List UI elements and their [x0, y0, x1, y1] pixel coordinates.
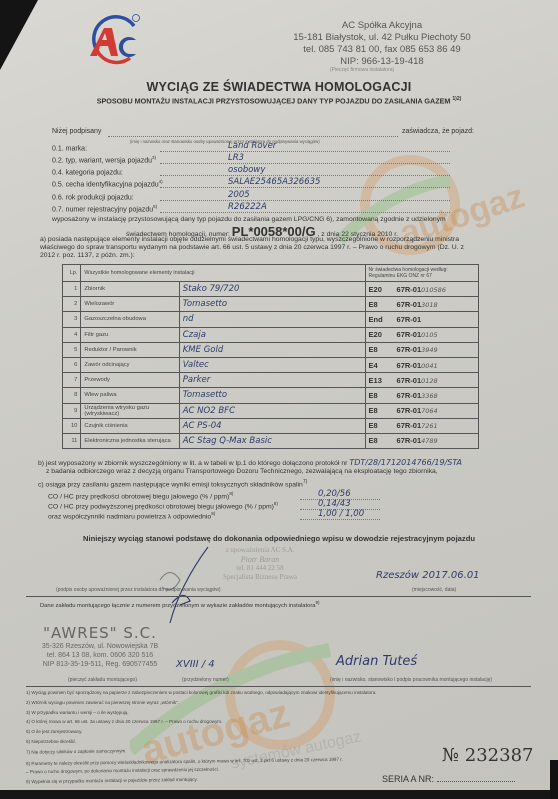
table-row: 2WielozawórTomasettoE867R-013018: [63, 297, 479, 312]
row-cert: E2067R-01010586: [365, 282, 478, 297]
row-lp: 9: [63, 403, 81, 418]
vehicle-field-label: 0.5. cecha identyfikacyjna pojazdu4): [52, 179, 163, 188]
field-ref: 3): [152, 155, 156, 160]
table-row: 11Elektroniczna jednostka sterującaAC St…: [63, 433, 479, 448]
row-cert-prefix: 67R-01: [397, 436, 422, 445]
vehicle-field-value: osobowy: [228, 165, 265, 175]
row-lp: 2: [63, 297, 81, 312]
vehicle-field-label: 0.2. typ, wariant, wersja pojazdu3): [52, 155, 156, 164]
row-element-brand: Valtec: [179, 357, 365, 372]
emission-row: CO / HC przy podwyższonej prędkości obro…: [48, 501, 278, 510]
row-element-brand: Tomasetto: [179, 297, 365, 312]
installer-stamp-caption: (Pieczęć firmowa instalatora): [330, 67, 394, 73]
field-dotted-line: [160, 163, 450, 164]
row-element-brand: AC PS-04: [179, 418, 365, 433]
row-cert: E867R-013949: [365, 342, 478, 357]
row-cert-e: E8: [369, 345, 397, 354]
header-elements: Wszystkie homologowane elementy instalac…: [81, 265, 365, 282]
signed-caption: (imię i nazwisko oraz stanowisko osoby u…: [130, 139, 320, 144]
row-lp: 11: [63, 433, 81, 448]
table-row: 6Zawór odcinającyValtecE467R-010041: [63, 357, 479, 372]
row-cert-prefix: 67R-01: [397, 345, 422, 354]
row-cert-e: E8: [369, 436, 397, 445]
footnote: 2) Wtórnik wyciągu powinien zawierać na …: [26, 700, 179, 705]
photo-background-right: [550, 760, 558, 799]
row-element-name: Wielozawór: [81, 297, 179, 312]
divider-1: [26, 596, 531, 597]
row-cert-prefix: 67R-01: [397, 330, 422, 339]
elements-table: Lp. Wszystkie homologowane elementy inst…: [62, 264, 479, 449]
footnote: – Prawo o ruchu drogowym, po dokonaniu m…: [26, 767, 219, 775]
installer-heading-ref: 9): [315, 600, 319, 605]
authorization-stamp: z upoważnienia AC S.A. Piotr Baran tel. …: [205, 546, 315, 582]
footnote: 9) Wypełnia się w przypadku montażu inst…: [26, 777, 198, 784]
vehicle-field-value: LR3: [228, 153, 244, 163]
field-ref: 5): [153, 204, 157, 209]
row-cert-hand: 7064: [421, 407, 438, 415]
row-cert: E867R-013368: [365, 388, 478, 403]
vehicle-field-label: 0.6. rok produkcji pojazdu:: [52, 192, 134, 201]
row-cert-prefix: 67R-01: [397, 300, 422, 309]
table-row: 5Reduktor / ParownikKME GoldE867R-013949: [63, 342, 479, 357]
installer-stamp-addr2: tel. 864 13 08, kom. 0606 320 516: [40, 651, 160, 660]
installer-number: XVIII / 4: [176, 659, 215, 670]
stamp-line-4: Specjalista Biznesu Prawa: [205, 573, 315, 582]
section-b-line2: z badania odbiorczego wraz z decyzją org…: [38, 468, 438, 475]
field-dotted-line: [160, 151, 450, 152]
footnote: 7) Nie dotyczy silników o zapłonie samoc…: [26, 748, 127, 754]
emission-value: 0,14/43: [318, 499, 351, 509]
company-address: 15-181 Białystok, ul. 42 Pułku Piechoty …: [282, 32, 482, 44]
vehicle-field-value: 2005: [228, 190, 250, 200]
company-phone: tel. 085 743 81 00, fax 085 653 86 49: [282, 44, 482, 56]
seria-label: SERIA A NR:: [382, 774, 515, 784]
row-cert-hand: 4789: [421, 437, 438, 445]
row-lp: 4: [63, 327, 81, 342]
emission-ref: 8): [274, 501, 278, 506]
row-lp: 7: [63, 373, 81, 388]
row-cert: E467R-010041: [365, 357, 478, 372]
field-dotted-line: [160, 200, 450, 201]
row-cert-e: E13: [369, 376, 397, 385]
row-lp: 6: [63, 357, 81, 372]
section-c-ref: 7): [303, 479, 307, 485]
basis-statement: Niniejszy wyciąg stanowi podstawę do dok…: [0, 534, 558, 543]
protocol-number: TDT/28/1712014766/19/STA: [349, 458, 462, 467]
field-label-text: 0.5. cecha identyfikacyjna pojazdu: [52, 181, 159, 188]
photo-background-corner: [0, 0, 38, 70]
field-label-text: 0.1. marka:: [52, 145, 87, 152]
installer-stamp-name: "AWRES" S.C.: [40, 624, 160, 642]
stamp-line-3: tel. 81 444 22 58: [205, 564, 315, 573]
row-element-brand: nd: [179, 312, 365, 327]
signed-label: Niżej podpisany: [52, 128, 101, 135]
row-element-brand: Parker: [179, 373, 365, 388]
emission-value: 0,20/56: [318, 489, 351, 499]
row-cert-prefix: 67R-01: [397, 376, 422, 385]
row-element-brand: AC Stag Q-Max Basic: [179, 433, 365, 448]
row-cert: End67R-01: [365, 312, 478, 327]
row-cert-hand: 3949: [421, 346, 438, 354]
field-label-text: 0.4. kategoria pojazdu:: [52, 169, 123, 176]
equipped-text: wyposażony w instalację przystosowującą …: [52, 216, 446, 223]
row-element-name: Przewody: [81, 373, 179, 388]
row-element-name: Filtr gazu: [81, 327, 179, 342]
emission-label: CO / HC przy podwyższonej prędkości obro…: [48, 503, 274, 510]
emission-ref: 8): [211, 511, 215, 516]
row-element-brand: AC NO2 BFC: [179, 403, 365, 418]
field-dotted-line: [160, 175, 450, 176]
row-cert-hand: 0041: [421, 362, 438, 370]
table-header-row: Lp. Wszystkie homologowane elementy inst…: [63, 265, 479, 282]
emission-dotted-line: [300, 519, 380, 520]
field-label-text: 0.2. typ, wariant, wersja pojazdu: [52, 157, 152, 164]
photo-background-bottom: [0, 790, 558, 799]
field-label-text: 0.6. rok produkcji pojazdu:: [52, 194, 134, 201]
row-element-name: Reduktor / Parownik: [81, 342, 179, 357]
seria-number-line: [437, 781, 515, 782]
worker-signature: Adrian Tuteś: [336, 654, 417, 669]
row-cert-hand: 3368: [421, 392, 438, 400]
section-a-text: a) posiada następujące elementy instalac…: [40, 236, 480, 260]
divider-2: [26, 686, 531, 687]
table-row: 10Czujnik ciśnieniaAC PS-04E867R-017261: [63, 418, 479, 433]
row-element-name: Elektroniczna jednostka sterująca: [81, 433, 179, 448]
row-lp: 3: [63, 312, 81, 327]
worker-caption: (imię i nazwisko, stanowisko i podpis pr…: [330, 677, 492, 683]
section-b: b) jest wyposażony w zbiornik wyszczegól…: [38, 459, 462, 476]
watermark-subtext-bottom: systemów autogaz: [230, 728, 363, 773]
section-b-line1: b) jest wyposażony w zbiornik wyszczegól…: [38, 460, 347, 467]
emission-ref: 8): [229, 491, 233, 496]
header-lp: Lp.: [63, 265, 81, 282]
serial-symbol: №: [442, 745, 459, 766]
emission-label: oraz współczynniki nadmiaru powietrza λ …: [48, 513, 211, 520]
row-cert-hand: 010586: [421, 286, 446, 294]
document-paper: autogaz autogaz systemów autogaz AC Spół…: [0, 0, 558, 792]
row-element-brand: Czaja: [179, 327, 365, 342]
vehicle-field-label: 0.4. kategoria pojazdu:: [52, 167, 123, 176]
installer-stamp-addr1: 35-326 Rzeszów, ul. Nowowiejska 7B: [40, 642, 160, 651]
stamp-line-2: Piotr Baran: [205, 555, 315, 564]
row-cert-hand: 0105: [421, 331, 438, 339]
stamp-line-1: z upoważnienia AC S.A.: [205, 546, 315, 555]
row-cert-hand: 7261: [421, 422, 438, 430]
row-cert: E867R-014789: [365, 433, 478, 448]
ac-logo-icon: [84, 12, 144, 68]
row-cert-prefix: 67R-01: [397, 391, 422, 400]
row-lp: 1: [63, 282, 81, 297]
table-row: 9Urządzenia wtrysku gazu (wtryskiwacz)AC…: [63, 403, 479, 418]
footnote: 3) W przypadku wariantu i wersji – o ile…: [26, 710, 129, 715]
company-info: AC Spółka Akcyjna 15-181 Białystok, ul. …: [282, 20, 482, 68]
row-cert-hand: 3018: [421, 301, 438, 309]
row-element-brand: KME Gold: [179, 342, 365, 357]
place-date-value: Rzeszów 2017.06.01: [376, 570, 480, 581]
row-lp: 8: [63, 388, 81, 403]
field-dotted-line: [160, 212, 450, 213]
row-cert-prefix: 67R-01: [397, 421, 422, 430]
vehicle-field-label: 0.1. marka:: [52, 143, 87, 152]
document-title: WYCIĄG ZE ŚWIADECTWA HOMOLOGACJI: [0, 80, 558, 94]
serial-value: 232387: [465, 745, 534, 766]
row-element-name: Zawór odcinający: [81, 357, 179, 372]
row-cert-e: E8: [369, 391, 397, 400]
installer-number-caption: (przydzielony numer): [182, 677, 229, 683]
row-cert-e: E20: [369, 330, 397, 339]
row-cert-e: E4: [369, 361, 397, 370]
row-cert-hand: 0128: [421, 377, 438, 385]
row-element-brand: Stako 79/720: [179, 282, 365, 297]
row-cert-prefix: 67R-01: [397, 315, 422, 324]
document-subtitle: SPOSOBU MONTAŻU INSTALACJI PRZYSTOSOWUJĄ…: [0, 96, 558, 105]
field-ref: 4): [159, 179, 163, 184]
place-date-caption: (miejscowość, data): [412, 587, 456, 593]
row-element-name: Wlew paliwa: [81, 388, 179, 403]
row-cert-prefix: 67R-01: [397, 361, 422, 370]
table-row: 7PrzewodyParkerE1367R-010128: [63, 373, 479, 388]
row-cert: E2067R-010105: [365, 327, 478, 342]
vehicle-field-value: SALAE25465A326635: [228, 177, 320, 187]
row-cert-prefix: 67R-01: [397, 285, 422, 294]
field-dotted-line: [160, 187, 450, 188]
vehicle-field-value: R26222A: [228, 202, 267, 212]
row-lp: 10: [63, 418, 81, 433]
row-cert: E867R-017261: [365, 418, 478, 433]
vehicle-field-label: 0.7. numer rejestracyjny pojazdu5): [52, 204, 157, 213]
row-lp: 5: [63, 342, 81, 357]
installer-stamp-addr3: NIP 813-35-19-511, Reg. 690577455: [40, 660, 160, 669]
row-cert-e: E8: [369, 300, 397, 309]
row-cert-prefix: 67R-01: [397, 406, 422, 415]
serial-number: № 232387: [442, 745, 534, 766]
emission-label: CO / HC przy prędkości obrotowej biegu j…: [48, 493, 229, 500]
installer-stamp: "AWRES" S.C. 35-326 Rzeszów, ul. Nowowie…: [40, 624, 160, 669]
signed-name-line: [108, 136, 398, 137]
table-row: 3Gazoszczelna obudowandEnd67R-01: [63, 312, 479, 327]
vehicle-field-value: Land Rover: [228, 141, 276, 151]
installer-heading-text: Dane zakładu montującego łącznie z numer…: [40, 603, 315, 609]
subtitle-text: SPOSOBU MONTAŻU INSTALACJI PRZYSTOSOWUJĄ…: [97, 96, 451, 105]
emission-row: oraz współczynniki nadmiaru powietrza λ …: [48, 511, 215, 520]
row-cert-e: E20: [369, 285, 397, 294]
header-cert: Nr świadectwa homologacji według: Regula…: [365, 265, 478, 282]
certifies-label: zaświadcza, że pojazd:: [402, 128, 474, 135]
footnote: 5) O ile jest zarejestrowany.: [26, 729, 82, 734]
row-cert: E1367R-010128: [365, 373, 478, 388]
signature-caption: (podpis osoby upoważnionej przez instala…: [56, 587, 221, 593]
row-cert: E867R-013018: [365, 297, 478, 312]
section-c-intro-text: c) osiąga przy zasilaniu gazem następują…: [38, 481, 303, 488]
row-element-name: Zbiornik: [81, 282, 179, 297]
installer-stamp-caption: (pieczęć zakładu montującego): [68, 677, 137, 683]
seria-label-text: SERIA A NR:: [382, 774, 434, 784]
row-element-name: Gazoszczelna obudowa: [81, 312, 179, 327]
footnote: 8) Parametry te należy określić przy pom…: [26, 756, 343, 765]
footnote: 1) Wyciąg powinien być sporządzony na pa…: [26, 690, 377, 695]
section-c-intro: c) osiąga przy zasilaniu gazem następują…: [38, 479, 307, 488]
row-cert-e: E8: [369, 406, 397, 415]
row-element-brand: Tomasetto: [179, 388, 365, 403]
installer-heading: Dane zakładu montującego łącznie z numer…: [40, 600, 320, 609]
row-cert-e: E8: [369, 421, 397, 430]
subtitle-footnote-ref: 1)2): [452, 96, 461, 102]
field-label-text: 0.7. numer rejestracyjny pojazdu: [52, 206, 153, 213]
company-name: AC Spółka Akcyjna: [282, 20, 482, 32]
row-element-name: Czujnik ciśnienia: [81, 418, 179, 433]
row-cert-e: End: [369, 315, 397, 324]
emission-row: CO / HC przy prędkości obrotowej biegu j…: [48, 491, 233, 500]
row-cert: E867R-017064: [365, 403, 478, 418]
table-row: 8Wlew paliwaTomasettoE867R-013368: [63, 388, 479, 403]
footnote: 6) Niepotrzebne skreślić.: [26, 739, 77, 744]
watermark-logo-bottom: [130, 630, 360, 765]
row-element-name: Urządzenia wtrysku gazu (wtryskiwacz): [81, 403, 179, 418]
footnote: 4) O której mowa w art. 66 ust. 3a ustaw…: [26, 719, 222, 724]
table-row: 1ZbiornikStako 79/720E2067R-01010586: [63, 282, 479, 297]
emission-value: 1,00 / 1,00: [318, 509, 364, 519]
table-row: 4Filtr gazuCzajaE2067R-010105: [63, 327, 479, 342]
